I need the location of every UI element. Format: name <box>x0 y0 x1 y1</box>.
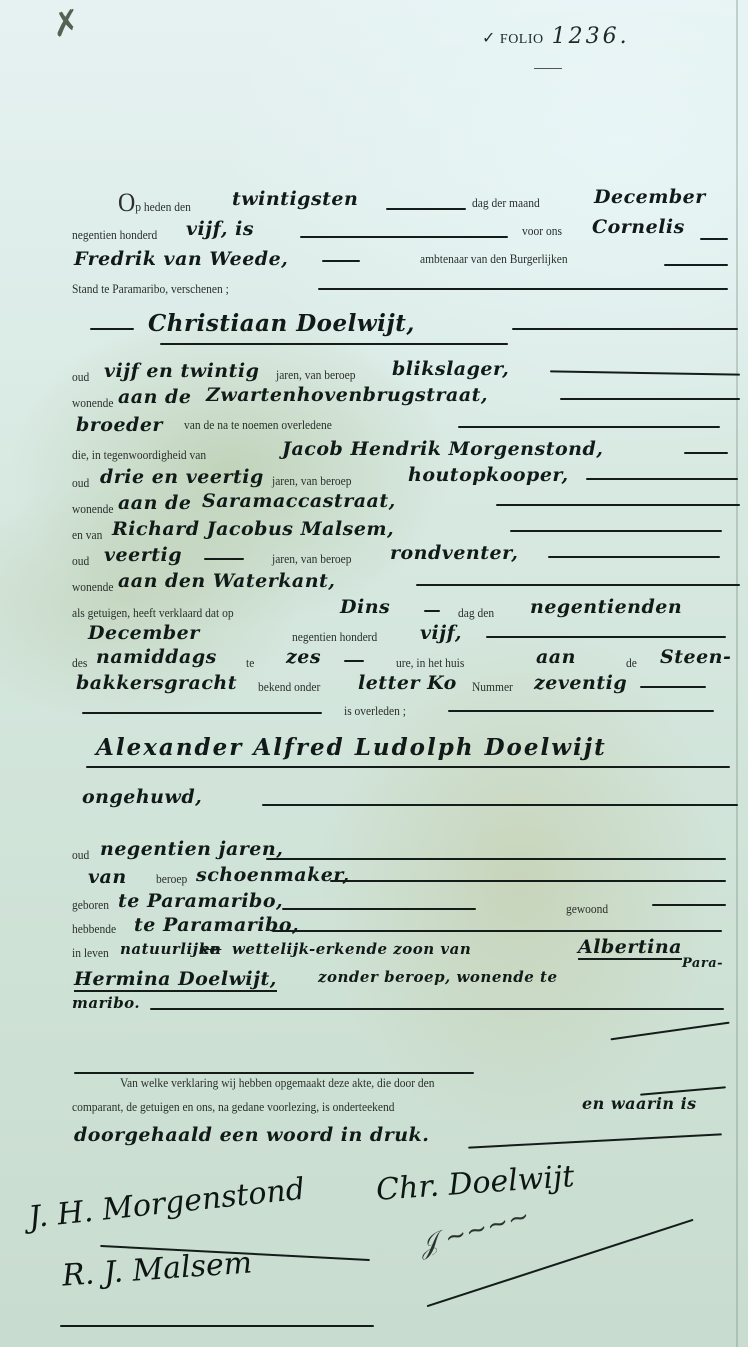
fill-rule <box>300 236 508 238</box>
handwritten-deceased-name: Alexander Alfred Ludolph Doelwijt <box>96 734 607 761</box>
fill-rule <box>272 930 722 932</box>
handwritten-street: bakkersgracht <box>76 672 237 694</box>
printed-text: jaren, van beroep <box>272 552 352 567</box>
handwritten-street: Zwartenhovenbrugstraat, <box>206 384 488 406</box>
handwritten-year: vijf, is <box>186 218 254 240</box>
handwritten-mother-first: Albertina <box>578 936 682 960</box>
handwritten-text: en waarin is <box>582 1094 697 1113</box>
fill-rule <box>160 343 508 345</box>
fill-rule <box>322 260 360 262</box>
fill-rule <box>486 636 726 638</box>
printed-text: Nummer <box>472 680 513 695</box>
printed-text: oud <box>72 476 89 491</box>
handwritten-officiant-first: Cornelis <box>592 216 685 238</box>
fill-rule <box>468 1133 722 1148</box>
fill-rule <box>60 1325 374 1327</box>
printed-text: ambtenaar van den Burgerlijken <box>420 252 568 267</box>
form-line-deceased-occupation: van beroep schoenmaker, <box>0 864 748 892</box>
drop-initial: O <box>118 188 135 217</box>
printed-text: te <box>246 656 254 671</box>
signature-witness1: J. H. Morgenstond <box>27 1172 307 1236</box>
handwritten-year: vijf, <box>420 622 462 644</box>
form-line-declarant-residence: wonende aan de Zwartenhovenbrugstraat, <box>0 384 748 412</box>
handwritten-day: twintigsten <box>232 188 358 210</box>
fill-rule <box>424 610 440 612</box>
handwritten-relation: broeder <box>76 414 163 436</box>
printed-text: wonende <box>72 396 114 411</box>
printed-text: in leven <box>72 946 109 961</box>
handwritten-street-part: Steen- <box>660 646 731 668</box>
fill-rule <box>610 1022 729 1040</box>
form-line-deceased-name: Alexander Alfred Ludolph Doelwijt <box>0 730 748 758</box>
handwritten-occupation: blikslager, <box>392 358 509 380</box>
printed-text: negentien honderd <box>292 630 377 645</box>
handwritten-declarant-name: Christiaan Doelwijt, <box>148 310 415 337</box>
printed-text: beroep <box>156 872 187 887</box>
printed-text: wonende <box>72 580 114 595</box>
handwritten-day: negentienden <box>530 596 682 618</box>
handwritten-text: zonder beroep, wonende te <box>318 968 558 986</box>
fill-rule <box>344 660 364 662</box>
fill-rule <box>150 1008 724 1010</box>
handwritten-letter: letter Ko <box>358 672 457 694</box>
form-line-death-time: des namiddags te zes ure, in het huis aa… <box>0 646 748 674</box>
fill-rule <box>204 558 244 560</box>
handwritten-street: aan den Waterkant, <box>118 570 335 592</box>
fill-rule <box>560 398 740 400</box>
folio-label: ✓ FOLIO 1236. <box>482 24 630 49</box>
fill-rule <box>86 766 730 768</box>
fill-rule <box>512 328 738 330</box>
fill-rule <box>90 328 134 330</box>
fill-rule <box>262 804 738 806</box>
handwritten-age: veertig <box>104 544 182 566</box>
handwritten-weekday: Dins <box>340 596 390 618</box>
handwritten-occupation: rondventer, <box>390 542 518 564</box>
handwritten-struck-text: en <box>200 940 221 958</box>
signature-witness2: R. J. Malsem <box>61 1245 253 1293</box>
form-line-address: bakkersgracht bekend onder letter Ko Num… <box>0 672 748 700</box>
printed-text: jaren, van beroep <box>272 474 352 489</box>
form-line-witness1: die, in tegenwoordigheid van Jacob Hendr… <box>0 436 748 464</box>
handwritten-text: aan de <box>118 386 191 408</box>
handwritten-residence: te Paramaribo, <box>134 914 299 936</box>
handwritten-street: Saramaccastraat, <box>202 490 396 512</box>
printed-text: wonende <box>72 502 114 517</box>
fill-rule <box>684 452 728 454</box>
fill-rule <box>664 264 728 266</box>
form-line-mother: Hermina Doelwijt, zonder beroep, wonende… <box>0 968 748 996</box>
handwritten-occupation: schoenmaker, <box>196 864 350 886</box>
fill-rule <box>548 556 720 558</box>
form-line-marital-status: ongehuwd, <box>0 784 748 812</box>
printed-text: negentien honderd <box>72 228 157 243</box>
handwritten-text: van <box>88 866 127 888</box>
divider <box>534 68 562 69</box>
form-line-deceased-label: is overleden ; <box>0 698 748 726</box>
form-line-witness1-age: oud drie en veertig jaren, van beroep ho… <box>0 464 748 492</box>
printed-text: ure, in het huis <box>396 656 464 671</box>
printed-text: oud <box>72 370 89 385</box>
handwritten-text: Para- <box>682 956 723 971</box>
fill-rule <box>416 584 740 586</box>
printed-text: Van welke verklaring wij hebben opgemaak… <box>120 1076 435 1091</box>
form-line-officiant: Fredrik van Weede, ambtenaar van den Bur… <box>0 246 748 274</box>
handwritten-witness2-name: Richard Jacobus Malsem, <box>112 518 394 540</box>
handwritten-month: December <box>88 622 200 644</box>
signature-declarant: Chr. Doelwijt <box>375 1159 575 1208</box>
form-line-parentage: in leven natuurlijke en wettelijk-erkend… <box>0 940 748 968</box>
corner-mark: ✗ <box>49 2 84 46</box>
handwritten-occupation: houtopkooper, <box>408 464 569 486</box>
handwritten-officiant-name: Fredrik van Weede, <box>74 248 288 270</box>
form-line-witness2-age: oud veertig jaren, van beroep rondventer… <box>0 542 748 570</box>
fill-rule <box>586 478 738 480</box>
fill-rule <box>510 530 722 532</box>
folio-number: 1236. <box>552 24 630 49</box>
printed-text: Stand te Paramaribo, verschenen ; <box>72 282 229 297</box>
form-line-year: negentien honderd vijf, is voor ons Corn… <box>0 216 748 244</box>
form-line-witness2-residence: wonende aan den Waterkant, <box>0 568 748 596</box>
printed-text: oud <box>72 554 89 569</box>
folio-word: FOLIO <box>500 32 544 47</box>
check-mark-icon: ✓ <box>482 28 496 47</box>
handwritten-marital-status: ongehuwd, <box>82 786 202 808</box>
printed-text: p heden den <box>135 200 191 214</box>
handwritten-text: maribo. <box>72 994 140 1012</box>
printed-text: van de na te noemen overledene <box>184 418 332 433</box>
printed-text: voor ons <box>522 224 562 239</box>
handwritten-mother-name: Hermina Doelwijt, <box>74 968 277 992</box>
handwritten-hour: zes <box>286 646 321 668</box>
printed-text: dag der maand <box>472 196 540 211</box>
closing-line-2: comparant, de getuigen en ons, na gedane… <box>0 1098 748 1126</box>
handwritten-text: wettelijk-erkende zoon van <box>232 940 471 958</box>
printed-text: als getuigen, heeft verklaard dat op <box>72 606 234 621</box>
fill-rule <box>386 208 466 210</box>
closing-line-3: doorgehaald een woord in druk. <box>0 1124 748 1152</box>
handwritten-text: doorgehaald een woord in druk. <box>74 1124 429 1146</box>
fill-rule <box>282 908 476 910</box>
fill-rule <box>640 686 706 688</box>
printed-text: die, in tegenwoordigheid van <box>72 448 206 463</box>
fill-rule <box>448 710 714 712</box>
form-line-date: Op heden den twintigsten dag der maand D… <box>0 186 748 214</box>
handwritten-birthplace: te Paramaribo, <box>118 890 283 912</box>
printed-text: des <box>72 656 87 671</box>
printed-text: jaren, van beroep <box>276 368 356 383</box>
printed-text: is overleden ; <box>344 704 406 719</box>
handwritten-text: aan <box>536 646 576 668</box>
form-line-witness1-residence: wonende aan de Saramaccastraat, <box>0 490 748 518</box>
fill-rule <box>330 880 726 882</box>
form-line-declarant-age: oud vijf en twintig jaren, van beroep bl… <box>0 358 748 386</box>
form-line-death-day: als getuigen, heeft verklaard dat op Din… <box>0 596 748 624</box>
handwritten-age: drie en veertig <box>100 466 264 488</box>
fill-rule <box>550 370 740 375</box>
handwritten-daypart: namiddags <box>96 646 217 668</box>
fill-rule <box>700 238 728 240</box>
printed-text: de <box>626 656 637 671</box>
printed-text: geboren <box>72 898 109 913</box>
form-line-mother-residence: maribo. <box>0 994 748 1022</box>
form-line-declarant: Christiaan Doelwijt, <box>0 310 748 338</box>
signature-officiant: 𝒥 ~~~~ <box>416 1201 534 1262</box>
handwritten-house-number: zeventig <box>534 672 627 694</box>
fill-rule <box>74 1072 474 1074</box>
fill-rule <box>318 288 728 290</box>
form-line-stand: Stand te Paramaribo, verschenen ; <box>0 278 748 306</box>
printed-text: dag den <box>458 606 494 621</box>
handwritten-month: December <box>594 186 706 208</box>
handwritten-witness1-name: Jacob Hendrik Morgenstond, <box>282 438 603 460</box>
fill-rule <box>496 504 740 506</box>
fill-rule <box>82 712 322 714</box>
fill-rule <box>652 904 726 906</box>
handwritten-age: negentien jaren, <box>100 838 283 860</box>
printed-text: hebbende <box>72 922 116 937</box>
handwritten-text: aan de <box>118 492 191 514</box>
fill-rule <box>266 858 726 860</box>
fill-rule <box>458 426 720 428</box>
form-line-deceased-age: oud negentien jaren, <box>0 838 748 866</box>
printed-text: bekend onder <box>258 680 320 695</box>
printed-text: oud <box>72 848 89 863</box>
handwritten-age: vijf en twintig <box>104 360 259 382</box>
printed-text: en van <box>72 528 102 543</box>
form-line-witness2: en van Richard Jacobus Malsem, <box>0 516 748 544</box>
printed-text: comparant, de getuigen en ons, na gedane… <box>72 1100 395 1115</box>
